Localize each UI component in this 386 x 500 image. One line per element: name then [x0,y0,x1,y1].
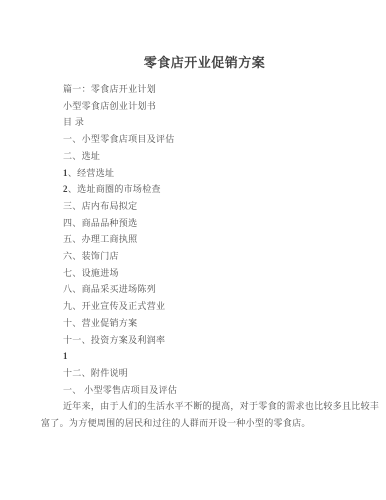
text-line: 六、装饰门店 [41,248,346,265]
text-line: 三、店内布局拟定 [41,198,346,215]
text-line: 八、商品采买进场陈列 [41,281,346,298]
text-line: 十、营业促销方案 [41,315,346,332]
text-line: 小型零食店创业计划书 [41,98,346,115]
text-line: 五、办理工商执照 [41,231,346,248]
text-lines: 篇一：零食店开业计划小型零食店创业计划书目 录一、小型零食店项目及评估二、选址1… [41,81,346,432]
text-line: 1、经营选址 [41,165,346,182]
text-line: 十二、附件说明 [41,365,346,382]
text-line: 二、选址 [41,148,346,165]
text-line: 九、开业宣传及正式营业 [41,298,346,315]
text-line: 2、选址商圈的市场检查 [41,181,346,198]
document-page: 零食店开业促销方案 篇一：零食店开业计划小型零食店创业计划书目 录一、小型零食店… [0,0,386,500]
text-line: 篇一：零食店开业计划 [41,81,346,98]
text-line: 一、小型零食店项目及评估 [41,131,346,148]
text-line: 富了。为方便周围的居民和过往的人群而开设一种小型的零食店。 [41,415,346,432]
page-number: 1 [41,348,346,365]
text-line: 目 录 [41,114,346,131]
text-line: 十一、投资方案及利润率 [41,332,346,349]
text-line: 七、设施进场 [41,265,346,282]
text-line: 四、商品品种预选 [41,215,346,232]
text-line: 近年来，由于人们的生活水平不断的提高，对于零食的需求也比较多且比较丰 [41,398,346,415]
text-line: 一、 小型零售店项目及评估 [41,382,346,399]
document-title: 零食店开业促销方案 [41,54,346,71]
